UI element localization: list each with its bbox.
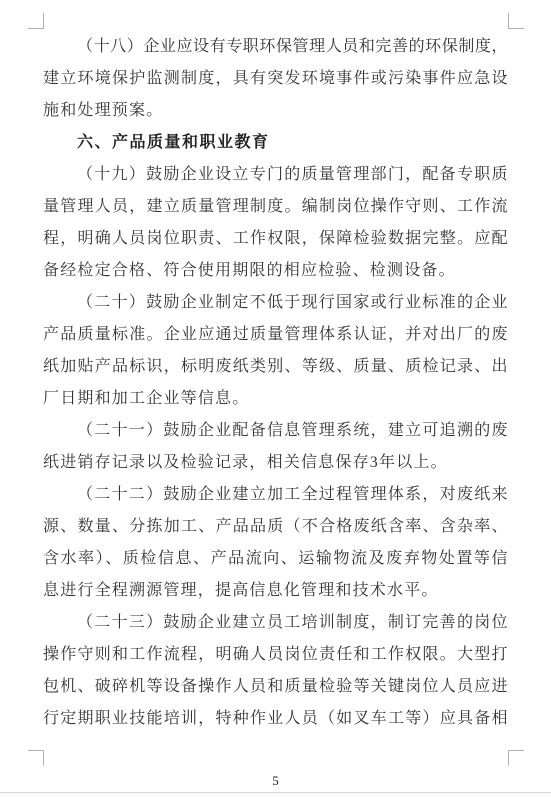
text-line: （二十二）鼓励企业建立加工全过程管理体系，对废纸来 — [43, 479, 508, 511]
text-line: 行定期职业技能培训，特种作业人员（如叉车工等）应具备相 — [43, 703, 508, 735]
text-line: 包机、破碎机等设备操作人员和质量检验等关键岗位人员应进 — [43, 671, 508, 703]
text-line: （二十三）鼓励企业建立员工培训制度，制订完善的岗位 — [43, 607, 508, 639]
text-line: 程，明确人员岗位职责、工作权限，保障检验数据完整。应配 — [43, 223, 508, 255]
text-line: 产品质量标准。企业应通过质量管理体系认证，并对出厂的废 — [43, 319, 508, 351]
text-line: （二十一）鼓励企业配备信息管理系统，建立可追溯的废 — [43, 415, 508, 447]
below-page-area — [0, 793, 551, 797]
text-line: 纸进销存记录以及检验记录，相关信息保存3年以上。 — [43, 447, 508, 479]
text-line: 源、数量、分拣加工、产品品质（不合格废纸含率、含杂率、 — [43, 511, 508, 543]
text-line: 含水率）、质检信息、产品流向、运输物流及废弃物处置等信 — [43, 543, 508, 575]
text-line: 厂日期和加工企业等信息。 — [43, 383, 508, 415]
text-line: （十九）鼓励企业设立专门的质量管理部门，配备专职质 — [43, 159, 508, 191]
text-line: 息进行全程溯源管理，提高信息化管理和技术水平。 — [43, 575, 508, 607]
text-line: 纸加贴产品标识，标明废纸类别、等级、质量、质检记录、出 — [43, 351, 508, 383]
document-page: （十八）企业应设有专职环保管理人员和完善的环保制度， 建立环境保护监测制度，具有… — [0, 0, 551, 797]
crop-mark-bottom-right-icon — [508, 750, 524, 766]
text-line: （二十）鼓励企业制定不低于现行国家或行业标准的企业 — [43, 287, 508, 319]
crop-mark-bottom-left-icon — [28, 750, 44, 766]
text-line: （十八）企业应设有专职环保管理人员和完善的环保制度， — [43, 31, 508, 63]
section-heading: 六、产品质量和职业教育 — [43, 127, 508, 159]
document-body: （十八）企业应设有专职环保管理人员和完善的环保制度， 建立环境保护监测制度，具有… — [43, 31, 508, 735]
crop-mark-top-left-icon — [28, 13, 44, 29]
text-line: 建立环境保护监测制度，具有突发环境事件或污染事件应急设 — [43, 63, 508, 95]
text-line: 操作守则和工作流程，明确人员岗位责任和工作权限。大型打 — [43, 639, 508, 671]
text-line: 备经检定合格、符合使用期限的相应检验、检测设备。 — [43, 255, 508, 287]
text-line: 量管理人员，建立质量管理制度。编制岗位操作守则、工作流 — [43, 191, 508, 223]
page-number: 5 — [0, 772, 551, 790]
crop-mark-top-right-icon — [508, 13, 524, 29]
text-line: 施和处理预案。 — [43, 95, 508, 127]
